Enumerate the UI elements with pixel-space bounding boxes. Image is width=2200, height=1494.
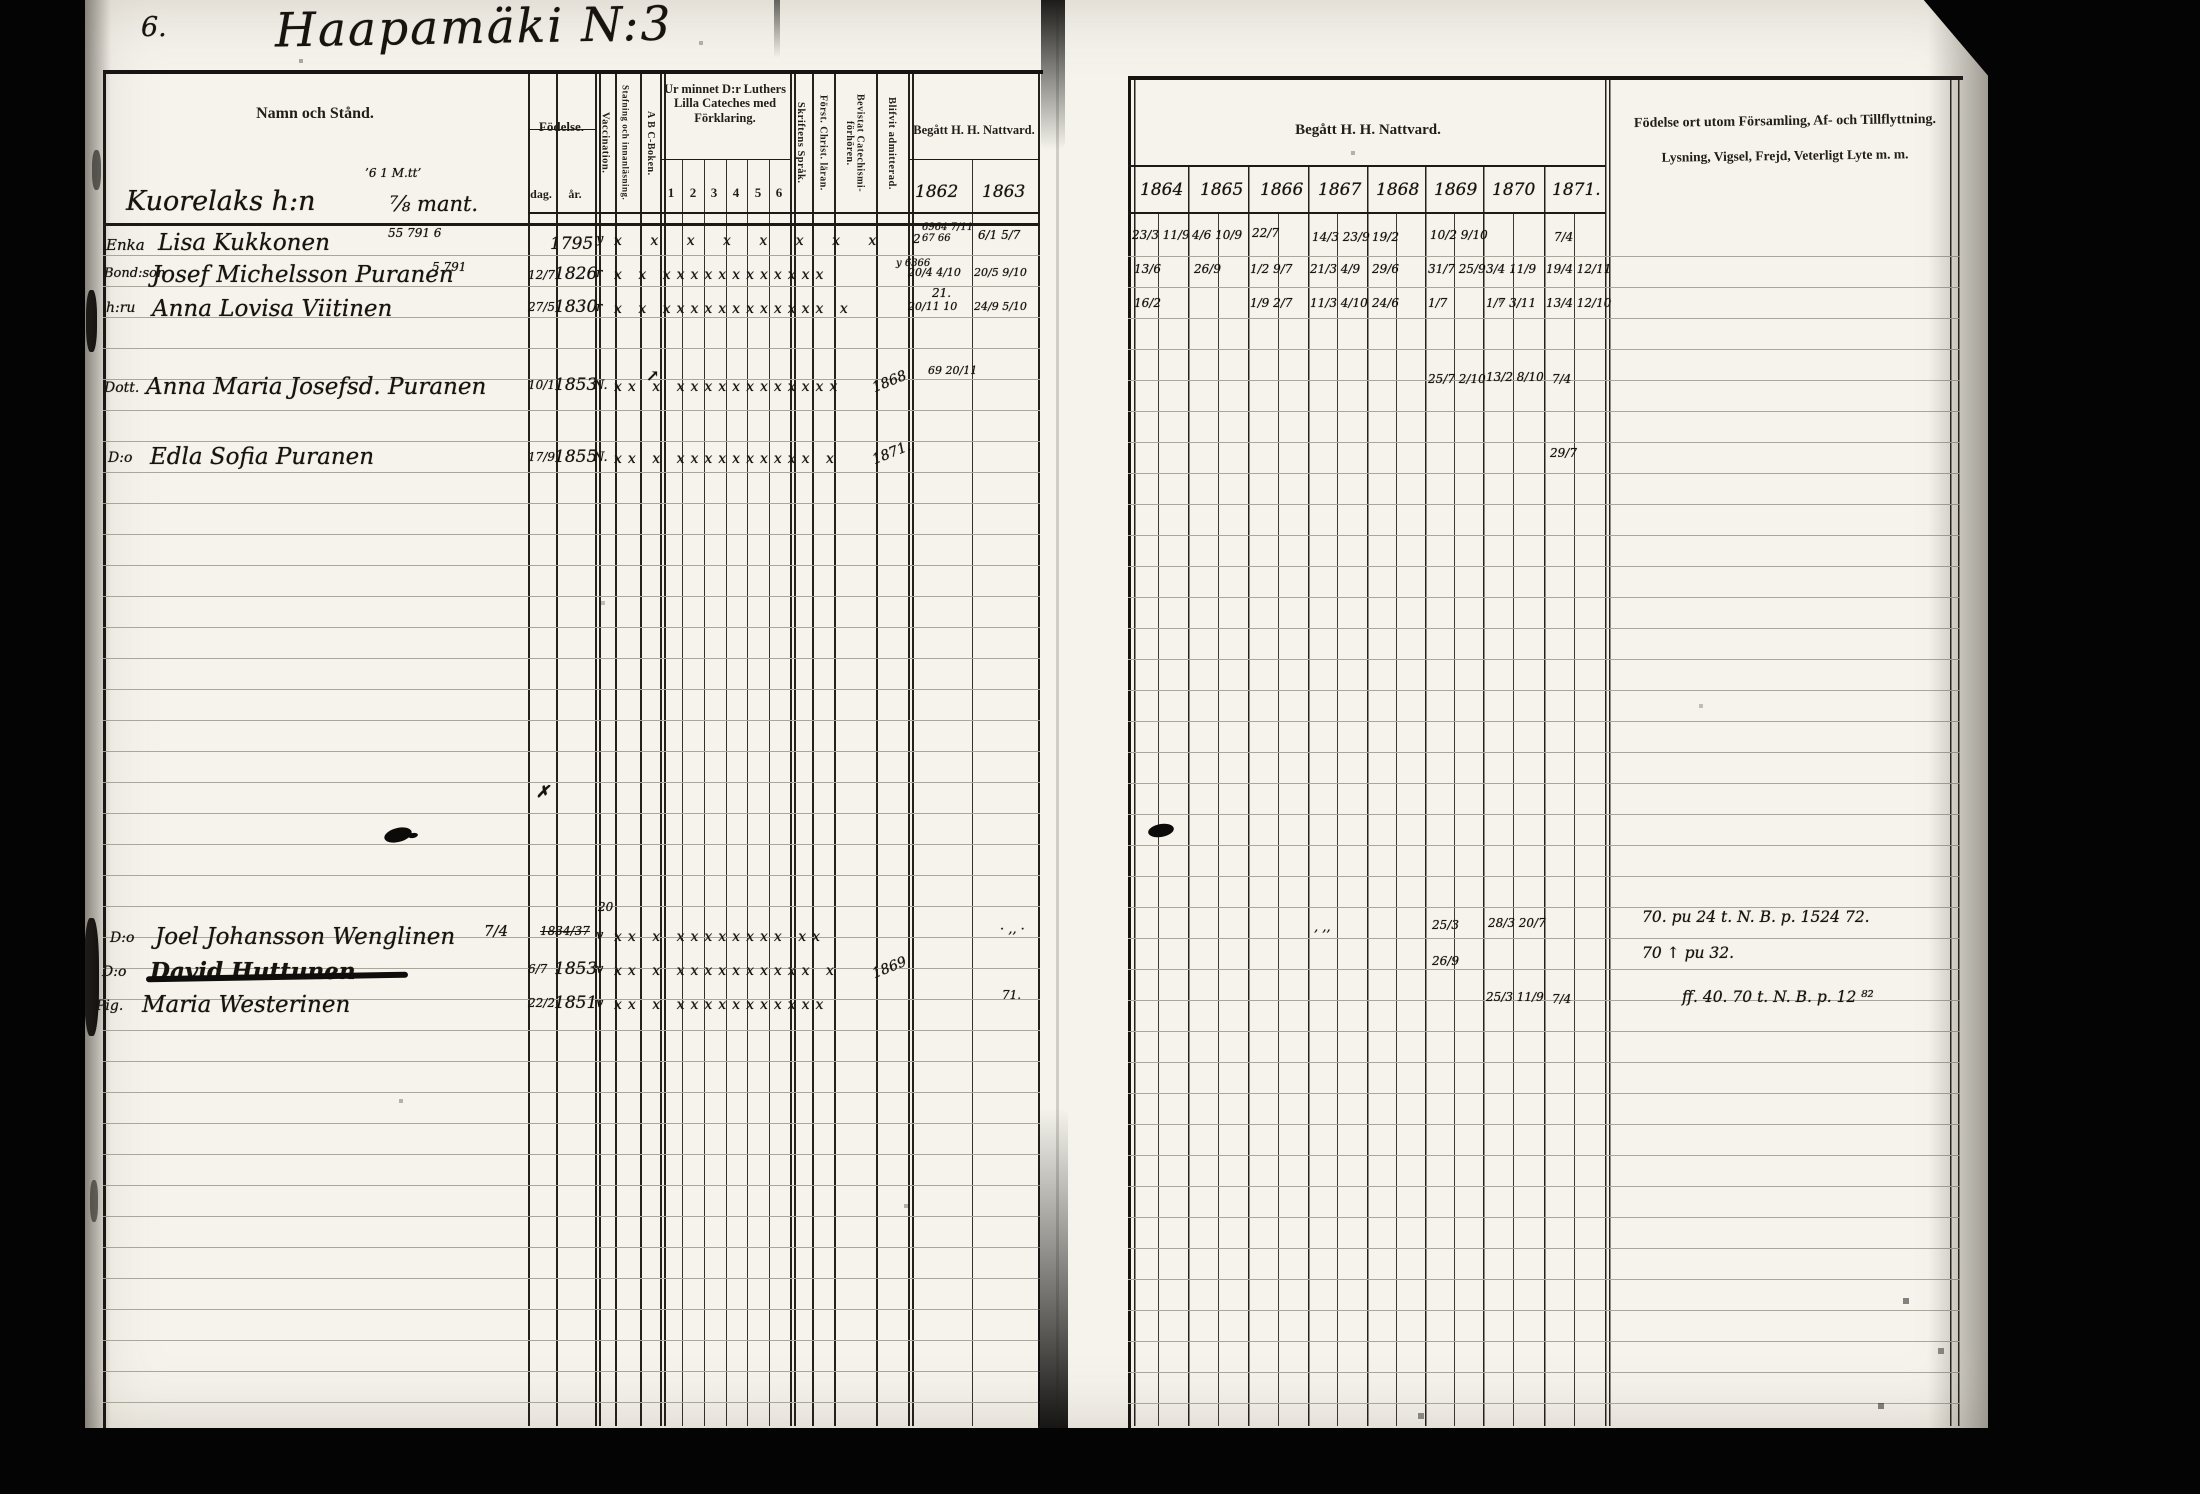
person-5-reading-marks: xx x xxxxxxxxxx x bbox=[614, 451, 840, 467]
year-1868: 1868 bbox=[1376, 180, 1419, 200]
person-8-birth-year: 1851 bbox=[554, 993, 597, 1013]
top-crease-mark bbox=[774, 0, 780, 58]
entry-r4-1869: 25/7 2/10 bbox=[1428, 372, 1486, 386]
entry-r7-1869: 26/9 bbox=[1432, 954, 1459, 968]
person-4-birth-year: 1853 bbox=[554, 375, 597, 395]
entry-r2-1868: 29/6 bbox=[1372, 262, 1399, 276]
communion-year-1862: 1862 bbox=[915, 182, 958, 202]
person-2-vaccination: r bbox=[596, 266, 602, 281]
year-1865: 1865 bbox=[1200, 180, 1243, 200]
person-7-admitted: 1869 bbox=[876, 966, 912, 982]
person-2-1863: 20/5 9/10 bbox=[974, 266, 1027, 279]
person-1-prefix: Enka bbox=[106, 236, 145, 254]
entry-r4-1871: 7/4 bbox=[1552, 372, 1571, 386]
person-1-1863: 6/1 5/7 bbox=[978, 228, 1020, 242]
entry-r2-1866: 1/2 9/7 bbox=[1250, 262, 1292, 276]
birth-header: Födelse. bbox=[528, 120, 595, 135]
person-3-birth-year: 1830 bbox=[554, 297, 597, 317]
entry-r6-1869: 25/3 bbox=[1432, 918, 1459, 932]
year-1867: 1867 bbox=[1318, 180, 1361, 200]
catechism-col-2: 2 bbox=[684, 186, 702, 201]
fold-shadow-top bbox=[1041, 0, 1065, 150]
catechism-col-4: 4 bbox=[727, 186, 745, 201]
birth-day-header: dag. bbox=[526, 188, 556, 202]
entry-r3-1867: 11/3 4/10 bbox=[1310, 296, 1368, 310]
communion-header-split-line bbox=[908, 159, 1040, 160]
person-5-birth-day: 17/9 bbox=[528, 450, 555, 464]
entry-r1-1868: 19/2 bbox=[1372, 230, 1399, 244]
person-3-1863: 24/9 5/10 bbox=[974, 300, 1027, 313]
person-3-reading-marks: x x xxxxxxxxxxxx x bbox=[614, 301, 854, 317]
person-5-birth-year: 1855 bbox=[554, 447, 597, 467]
entry-r1-1865: 4/6 10/9 bbox=[1192, 228, 1242, 242]
entry-r3-1870: 1/7 3/11 bbox=[1486, 296, 1536, 310]
person-4-birth-day: 10/1 bbox=[528, 378, 555, 392]
right-communion-split-line bbox=[1128, 165, 1605, 167]
communion-year-1863: 1863 bbox=[982, 182, 1025, 202]
person-1-reading-marks: x x x x x x x x bbox=[614, 233, 888, 249]
farm-share: ⅞ mant. bbox=[390, 192, 478, 216]
person-2-1862: 20/4 4/10 bbox=[908, 266, 961, 279]
right-header-bottom-line bbox=[1128, 212, 1605, 214]
person-1-name: Lisa Kukkonen bbox=[158, 230, 330, 256]
scan-mask-left bbox=[0, 0, 85, 1494]
person-3-birth-day: 27/5 bbox=[528, 300, 555, 314]
person-4-name: Anna Maria Josefsd. Puranen bbox=[146, 374, 486, 400]
person-8-name: Maria Westerinen bbox=[142, 992, 350, 1018]
person-8-admit-note: 71. bbox=[1002, 988, 1021, 1002]
entry-r2-1871: 19/4 12/11 bbox=[1546, 262, 1611, 276]
person-1-admit-note: 6964 7/11 67 66 bbox=[922, 222, 974, 244]
scan-mask-bottom bbox=[0, 1428, 2200, 1494]
person-5-prefix: D:o bbox=[108, 450, 132, 466]
year-1871: 1871. bbox=[1552, 180, 1601, 200]
right-edge-shadow bbox=[1928, 0, 1988, 1430]
person-8-reading-marks: xx x xxxxxxxxxxx bbox=[614, 997, 829, 1013]
page-number: 6. bbox=[141, 12, 167, 43]
communion-header-left: Begått H. H. Nattvard. bbox=[908, 123, 1040, 137]
entry-r1-1864: 23/3 11/9 bbox=[1132, 228, 1190, 242]
person-8-vaccination: v bbox=[596, 996, 603, 1011]
catechism-header: Ur minnet D:r Luthers Lilla Cateches med… bbox=[661, 82, 789, 125]
entry-r2-1864: 13/6 bbox=[1134, 262, 1161, 276]
communion-header-right: Begått H. H. Nattvard. bbox=[1228, 122, 1508, 139]
entry-r2-1870: 3/4 11/9 bbox=[1486, 262, 1536, 276]
person-6-birth-year: 1834/37 bbox=[540, 924, 590, 938]
left-header-bottom-line bbox=[528, 212, 1040, 214]
person-4-vaccination: N. bbox=[593, 378, 608, 393]
person-6-reading-marks: xx x xxxxxxxx xx bbox=[614, 929, 826, 945]
scan-mask-right bbox=[1988, 0, 2200, 1494]
person-7-birth-day: 6/7 bbox=[528, 962, 547, 976]
farm-annotation: ’6 1 M.tt’ bbox=[365, 166, 421, 180]
entry-r3-1871: 13/4 12/10 bbox=[1546, 296, 1611, 310]
person-3-name: Anna Lovisa Viitinen bbox=[152, 296, 392, 322]
spelling-header: Stafning och innanläsning. bbox=[613, 76, 637, 210]
farm-name: Kuorelaks h:n bbox=[126, 186, 316, 217]
attended-exams-header: Bevistat Catechismi-förhören. bbox=[833, 76, 875, 210]
person-4-admitted: 1868 bbox=[876, 380, 912, 396]
entry-r2-1865: 26/9 bbox=[1194, 262, 1221, 276]
entry-r1-1871: 7/4 bbox=[1554, 230, 1573, 244]
person-2-birth-year: 1826 bbox=[554, 264, 597, 284]
person-4-reading-marks: xx x xxxxxxxxxxxx bbox=[614, 379, 843, 395]
entry-r3-1869: 1/7 bbox=[1428, 296, 1447, 310]
catechism-col-1: 1 bbox=[662, 186, 680, 201]
entry-r8-1871: 7/4 bbox=[1552, 992, 1571, 1006]
christianity-header: Först. Christ. läran. bbox=[811, 76, 833, 210]
catechism-col-3: 3 bbox=[705, 186, 723, 201]
person-6-vaccination: v bbox=[596, 928, 603, 943]
entry-r3-1866: 1/9 2/7 bbox=[1250, 296, 1292, 310]
person-2-reading-marks: x x xxxxxxxxxxxx bbox=[614, 267, 829, 283]
entry-r6-1867: ‚ ‚‚ bbox=[1314, 920, 1331, 935]
person-5-vaccination: N. bbox=[593, 450, 608, 465]
margin-note-3: ff. 40. 70 t. N. B. p. 12 ⁸² bbox=[1682, 988, 1874, 1006]
person-2-name: Josef Michelsson Puranen bbox=[152, 262, 454, 288]
margin-note-1: 70. pu 24 t. N. B. p. 1524 72. bbox=[1642, 908, 1870, 926]
entry-r8-1870: 25/3 11/9 bbox=[1486, 990, 1544, 1004]
catechism-col-6: 6 bbox=[770, 186, 788, 201]
catechism-header-split-line bbox=[660, 159, 790, 160]
person-1-birth-year: 1795 bbox=[550, 234, 593, 254]
margin-note-2: 70 ↑ pu 32. bbox=[1642, 944, 1734, 962]
person-8-birth-day: 22/2 bbox=[528, 996, 555, 1010]
stray-dots-mark: · ‚‚ · bbox=[1000, 922, 1025, 937]
year-1869: 1869 bbox=[1434, 180, 1477, 200]
person-6-name: Joel Johansson Wenglinen bbox=[155, 924, 455, 950]
admitted-header: Blifvit admitterad. bbox=[875, 76, 908, 210]
person-3-vaccination: r bbox=[596, 300, 602, 315]
entry-r4-1870: 13/2 8/10 bbox=[1486, 370, 1544, 384]
fold-shadow-bottom bbox=[1038, 1108, 1068, 1430]
entry-r2-1869: 31/7 25/9 bbox=[1428, 262, 1486, 276]
name-column-header: Namn och Stånd. bbox=[160, 105, 470, 123]
year-1870: 1870 bbox=[1492, 180, 1535, 200]
catechism-col-5: 5 bbox=[749, 186, 767, 201]
entry-r2-1867: 21/3 4/9 bbox=[1310, 262, 1360, 276]
person-4-attended: 69 20/11 bbox=[928, 364, 977, 377]
person-7-reading-marks: xx x xxxxxxxxxx x bbox=[614, 963, 840, 979]
person-6-prefix: D:o bbox=[110, 930, 134, 946]
person-3-admit-note: 21. bbox=[932, 286, 951, 300]
person-5-admitted: 1871. bbox=[876, 452, 916, 468]
right-table-row-rules bbox=[1128, 226, 1960, 1426]
entry-r3-1868: 24/6 bbox=[1372, 296, 1399, 310]
person-7-vaccination: v bbox=[596, 962, 603, 977]
page-title: Haapamäki N:3 bbox=[275, 0, 673, 58]
left-edge-shadow bbox=[85, 0, 111, 1430]
person-2-birth-day: 12/7 bbox=[528, 268, 555, 282]
person-1-1862: 2 bbox=[913, 232, 921, 246]
person-6-note: 7/4 bbox=[484, 922, 508, 940]
entry-r6-1870: 28/3 20/7 bbox=[1488, 916, 1546, 930]
entry-r3-1864: 16/2 bbox=[1134, 296, 1161, 310]
abc-book-header: A B C-Boken. bbox=[639, 76, 660, 210]
scanned-ledger-screen: 6. Haapamäki N:3 Namn och Stånd. Födelse… bbox=[0, 0, 2200, 1494]
person-5-name: Edla Sofia Puranen bbox=[150, 444, 374, 470]
entry-r1-1866: 22/7 bbox=[1252, 226, 1279, 240]
person-6-scribble: 20 bbox=[598, 900, 613, 914]
person-1-vaccination: y bbox=[596, 232, 603, 247]
birth-year-header: år. bbox=[558, 188, 592, 202]
person-3-1862: 20/11 10 bbox=[908, 300, 957, 313]
left-table-row-rules bbox=[103, 225, 1040, 1426]
person-7-birth-year: 1853 bbox=[554, 959, 597, 979]
entry-r5-1871: 29/7 bbox=[1550, 446, 1577, 460]
year-1866: 1866 bbox=[1260, 180, 1303, 200]
fold-crease-line bbox=[1056, 0, 1059, 1430]
entry-r1-1867: 14/3 23/9 bbox=[1312, 230, 1370, 244]
entry-r1-1869: 10/2 9/10 bbox=[1430, 228, 1488, 242]
year-1864: 1864 bbox=[1140, 180, 1183, 200]
farm-numbers-1: 55 791 6 bbox=[388, 226, 441, 240]
stray-x-mark: ✗ bbox=[536, 782, 549, 801]
scripture-header: Skriftens Språk. bbox=[789, 76, 812, 210]
